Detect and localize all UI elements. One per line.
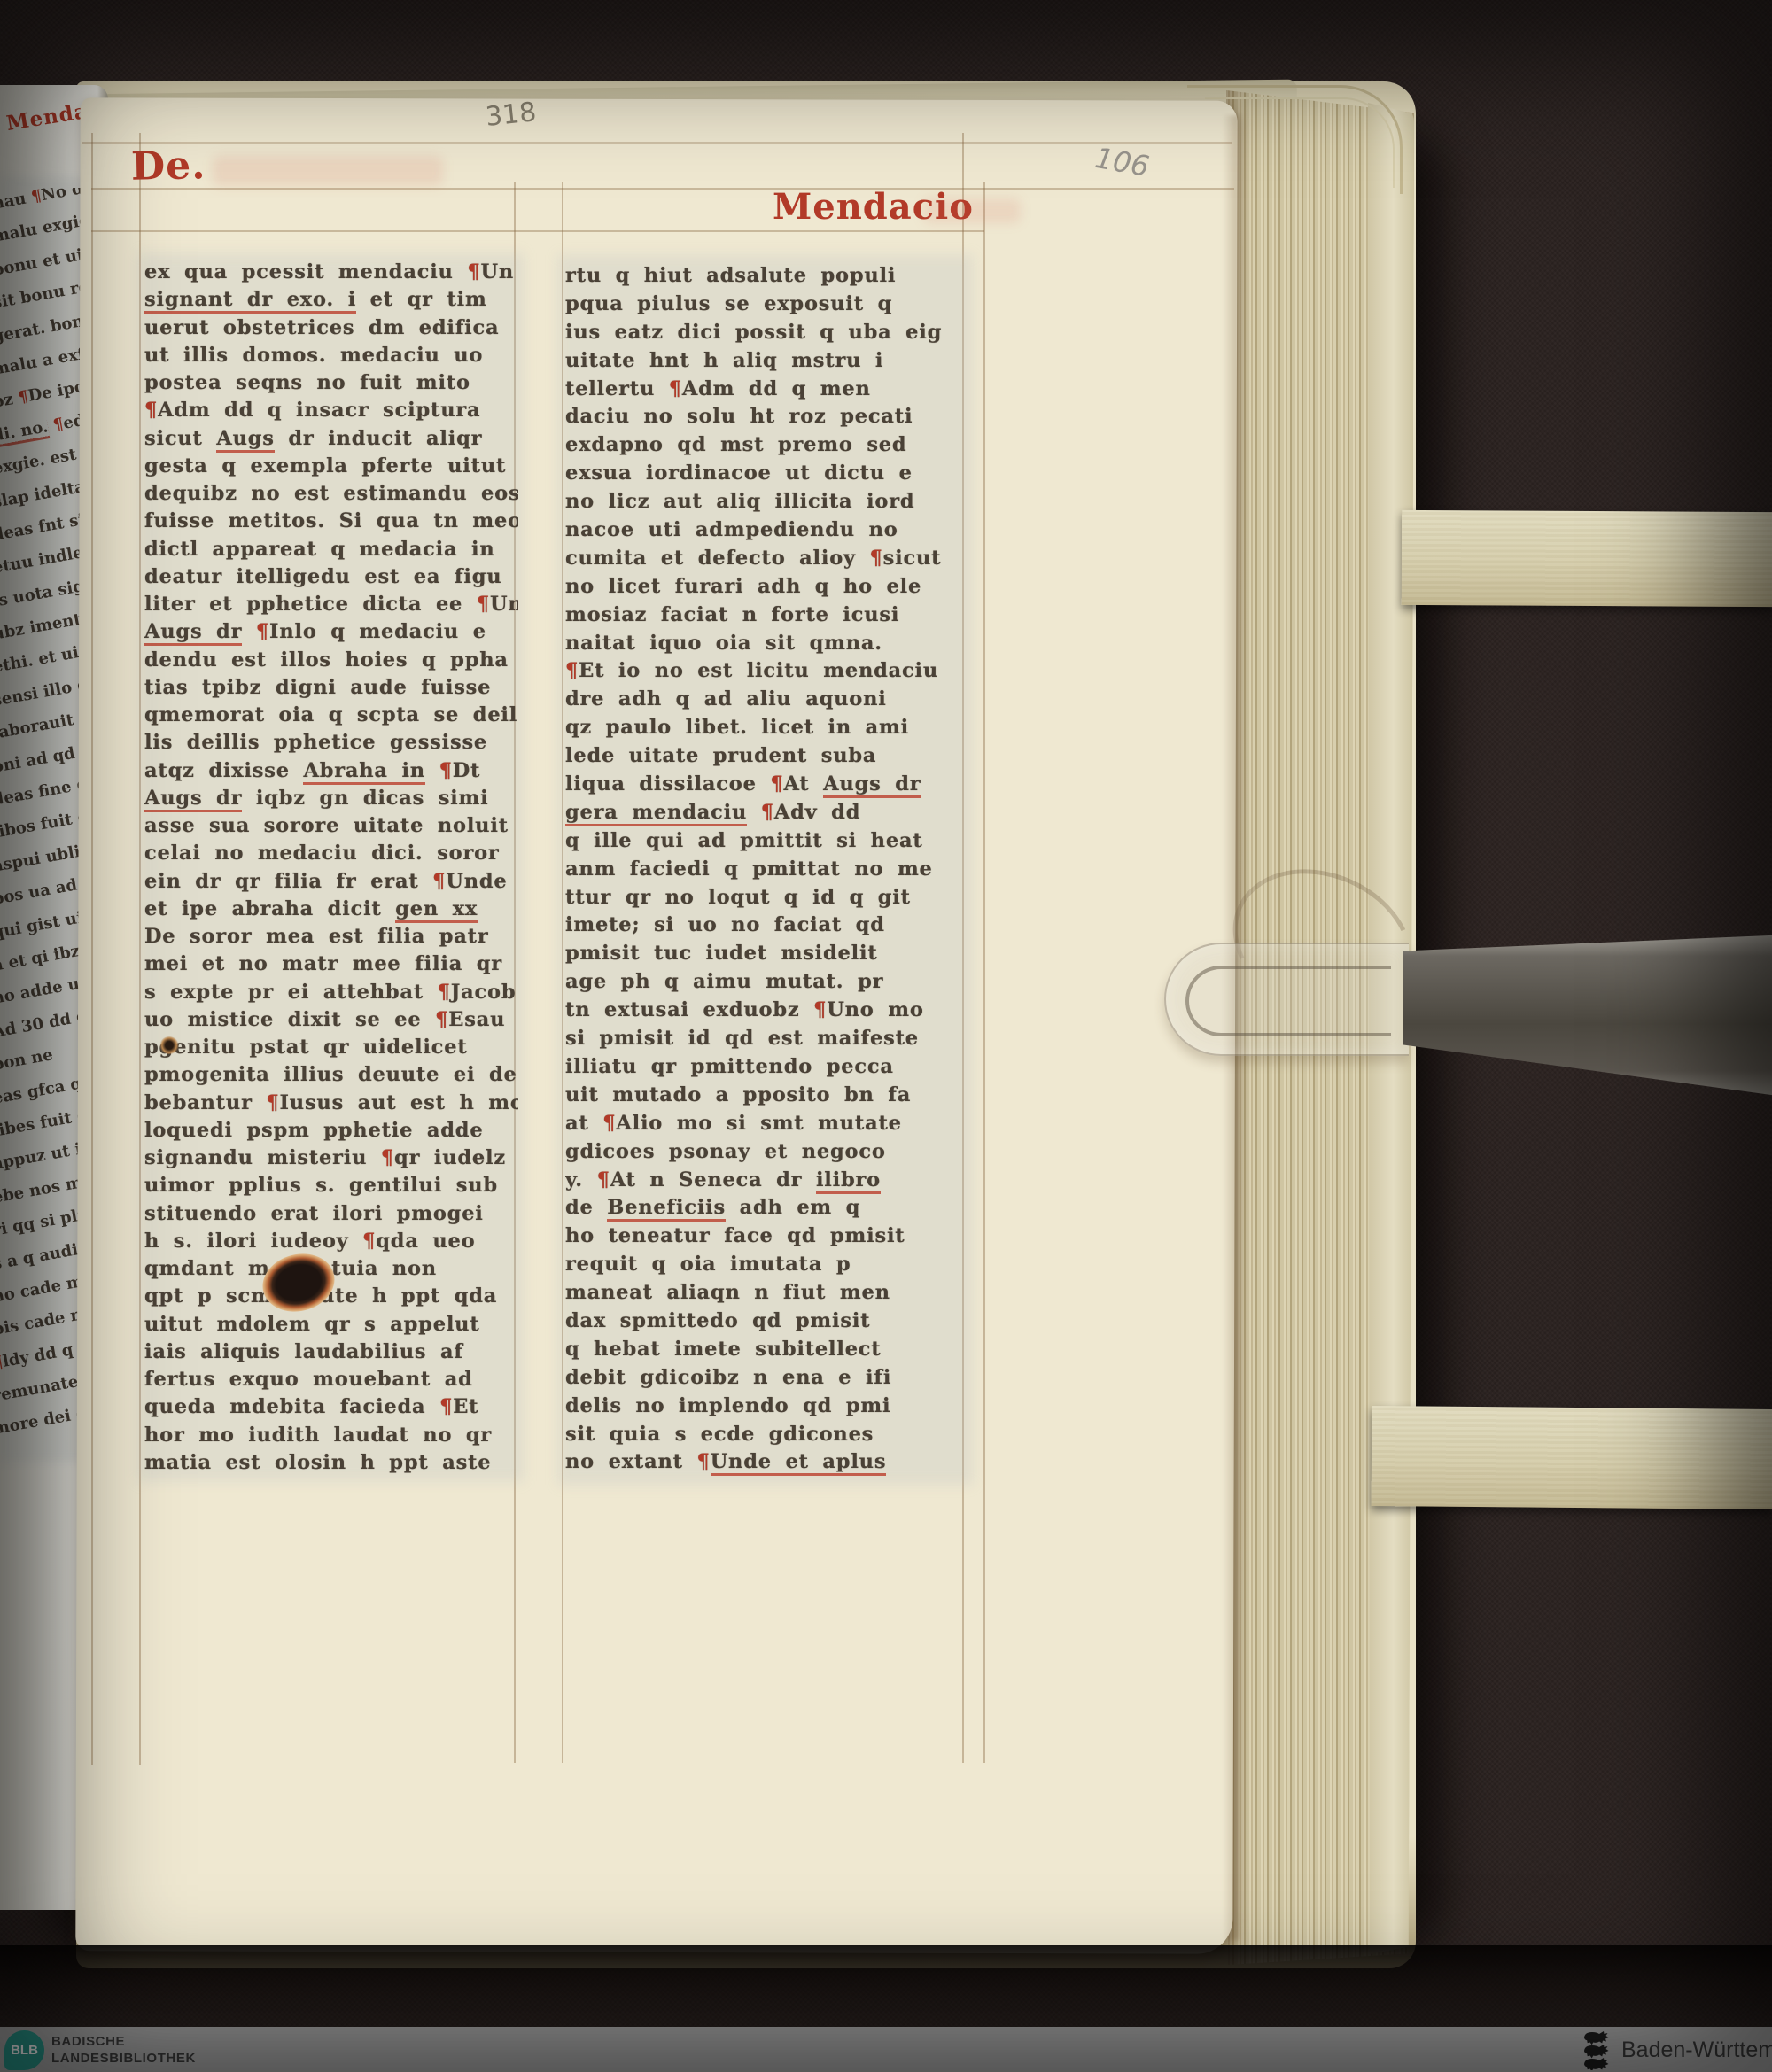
rubric-pilcrow: ¶ [432, 870, 446, 893]
manuscript-line: ttur qr no loqut q id q git [565, 884, 968, 912]
library-name: BADISCHE LANDESBIBLIOTHEK [51, 2033, 196, 2067]
rubric-pilcrow: ¶ [439, 759, 453, 782]
manuscript-line: fuisse metitos. Si qua tn meor [144, 508, 518, 535]
manuscript-line: no licet furari adh q ho ele [565, 573, 968, 601]
manuscript-line: no extant ¶Unde et aplus [565, 1448, 968, 1477]
blb-logo: BLB [4, 2030, 44, 2070]
manuscript-line: hor mo iudith laudat no qr [144, 1422, 518, 1449]
manuscript-line: dendu est illos hoies q ppha [144, 647, 518, 674]
rubric-pilcrow: ¶ [438, 981, 451, 1004]
manuscript-line: ein dr qr filia fr erat ¶Unde [144, 868, 518, 896]
manuscript-line: signandu misteriu ¶qr iudelz [144, 1145, 518, 1172]
manuscript-line: ho teneatur face qd pmisit [565, 1222, 968, 1251]
manuscript-line: lis deillis pphetice gessisse [144, 729, 518, 757]
manuscript-line: q hebat imete subitellect [565, 1336, 968, 1364]
manuscript-line: exsua iordinacoe ut dictu e [565, 460, 968, 488]
manuscript-line: Augs dr ¶Inlo q medaciu e [144, 618, 518, 646]
ruling-horizontal [91, 188, 1234, 190]
manuscript-line: stituendo erat ilori pmogei [144, 1200, 518, 1228]
digitized-manuscript-photo: Mendacio nau ¶No dd qmalu exgie nullobon… [0, 0, 1772, 2072]
manuscript-line: tellertu ¶Adm dd q men [565, 376, 968, 404]
text-column-1: ex qua pcessit mendaciu ¶Unsignant dr ex… [144, 259, 518, 1479]
rubric-pilcrow: ¶ [256, 620, 269, 643]
manuscript-line: anm faciedi q pmittat no me [565, 856, 968, 884]
manuscript-line: gesta q exempla pferte uitut [144, 453, 518, 480]
rubric-pilcrow: ¶ [770, 772, 783, 795]
manuscript-line: signant dr exo. i et qr tim [144, 286, 518, 314]
manuscript-line: at ¶Alio mo si smt mutate [565, 1110, 968, 1138]
footer-bar [0, 2027, 1772, 2072]
rubric-offset-smudge [923, 198, 1021, 223]
rubric-pilcrow: ¶ [17, 387, 30, 407]
rubric-offset-smudge [213, 156, 443, 186]
rubric-pilcrow: ¶ [144, 399, 158, 422]
library-name-line1: BADISCHE [51, 2033, 196, 2050]
rubric-pilcrow: ¶ [870, 547, 883, 570]
state-logo-group: Baden-Württemberg [1582, 2029, 1772, 2070]
rubric-pilcrow: ¶ [381, 1146, 394, 1169]
manuscript-line: qz paulo libet. licet in ami [565, 714, 968, 742]
manuscript-line: uo mistice dixit se ee ¶Esau [144, 1006, 518, 1034]
rubric-pilcrow: ¶ [266, 1091, 279, 1114]
manuscript-line: uitate hnt h aliq mstru i [565, 347, 968, 376]
manuscript-line: dequibz no est estimandu eos [144, 480, 518, 508]
manuscript-line: mosiaz faciat n forte icusi [565, 601, 968, 630]
page-weight-wire [1185, 966, 1391, 1036]
pencil-leaf-number: 318 [484, 97, 538, 133]
manuscript-line: et ipe abraha dicit gen xx [144, 896, 518, 923]
manuscript-line: y. ¶At n Seneca dr ilibro [565, 1167, 968, 1195]
library-name-line2: LANDESBIBLIOTHEK [51, 2050, 196, 2067]
manuscript-line: atqz dixisse Abraha in ¶Dt [144, 757, 518, 785]
manuscript-line: exdapno qd mst premo sed [565, 431, 968, 460]
manuscript-line: ut illis domos. medaciu uo [144, 342, 518, 369]
parchment-hole-small [159, 1036, 179, 1054]
manuscript-line: De soror mea est filia patr [144, 923, 518, 951]
manuscript-line: s expte pr ei attehbat ¶Jacob [144, 979, 518, 1006]
rubric-pilcrow: ¶ [565, 659, 579, 682]
cradle-strap-upper [1402, 510, 1772, 607]
rubric-pilcrow: ¶ [477, 593, 490, 616]
manuscript-line: qmemorat oia q scpta se deil [144, 702, 518, 729]
manuscript-line: celai no medaciu dici. soror [144, 840, 518, 867]
manuscript-line: sicut Augs dr inducit aliqr [144, 425, 518, 453]
manuscript-line: imete; si uo no faciat qd [565, 912, 968, 940]
ruling-horizontal [91, 230, 984, 232]
manuscript-line: daciu no solu ht roz pecati [565, 403, 968, 431]
manuscript-line: deatur itelligedu est ea figu [144, 563, 518, 591]
manuscript-line: nacoe uti admpediendu no [565, 516, 968, 545]
manuscript-line: cumita et defecto alioy ¶sicut [565, 545, 968, 573]
manuscript-line: lede uitate prudent suba [565, 742, 968, 771]
manuscript-line: loquedi pspm pphetie adde [144, 1117, 518, 1145]
manuscript-line: tias tpibz digni aude fuisse [144, 674, 518, 702]
rubric-pilcrow: ¶ [362, 1230, 376, 1253]
manuscript-line: ex qua pcessit mendaciu ¶Un [144, 259, 518, 286]
manuscript-line: dictl appareat q medacia in [144, 536, 518, 563]
rubric-pilcrow: ¶ [761, 801, 774, 824]
manuscript-line: asse sua sorore uitate noluit [144, 812, 518, 840]
manuscript-line: bebantur ¶Iusus aut est h mo [144, 1090, 518, 1117]
rubric-pilcrow: ¶ [439, 1395, 453, 1418]
manuscript-line: Augs dr iqbz gn dicas simi [144, 785, 518, 812]
rubric-pilcrow: ¶ [813, 998, 827, 1021]
manuscript-line: pmogenita illius deuute ei de [144, 1061, 518, 1089]
manuscript-line: dax spmittedo qd pmisit [565, 1308, 968, 1336]
manuscript-line: q ille qui ad pmittit si heat [565, 827, 968, 856]
manuscript-line: matia est olosin h ppt aste [144, 1449, 518, 1477]
manuscript-line: gdicoes psonay et negoco [565, 1138, 968, 1167]
manuscript-line: sit quia s ecde gdicones [565, 1421, 968, 1449]
rubric-pilcrow: ¶ [597, 1168, 610, 1191]
manuscript-line: uit mutado a pposito bn fa [565, 1082, 968, 1110]
rubric-pilcrow: ¶ [0, 1353, 4, 1373]
manuscript-line: h s. ilori iudeoy ¶qda ueo [144, 1228, 518, 1255]
manuscript-line: pqua piulus se exposuit q [565, 291, 968, 319]
manuscript-line: mei et no matr mee filia qr [144, 951, 518, 978]
manuscript-line: ¶Adm dd q insacr sciptura [144, 397, 518, 424]
three-lions-coat-of-arms-icon [1582, 2029, 1613, 2070]
manuscript-line: naitat iquo oia sit qmna. [565, 630, 968, 658]
rubric-pilcrow: ¶ [435, 1008, 448, 1031]
ruling-vertical [91, 133, 93, 1765]
manuscript-line: uerut obstetrices dm edifica [144, 314, 518, 342]
manuscript-line: rtu q hiut adsalute populi [565, 262, 968, 291]
state-name: Baden-Württemberg [1621, 2037, 1772, 2063]
bottom-shadow [0, 1945, 1772, 2030]
manuscript-line: ¶Et io no est licitu mendaciu [565, 657, 968, 686]
manuscript-line: ius eatz dici possit q uba eig [565, 319, 968, 347]
text-column-2: rtu q hiut adsalute populipqua piulus se… [565, 262, 968, 1481]
manuscript-line: pgenitu pstat qr uidelicet [144, 1034, 518, 1061]
manuscript-line: iais aliquis laudabilius af [144, 1339, 518, 1366]
rubric-pilcrow: ¶ [30, 188, 43, 206]
manuscript-line: postea seqns no fuit mito [144, 369, 518, 397]
manuscript-line: queda mdebita facieda ¶Et [144, 1393, 518, 1421]
manuscript-line: de Beneficiis adh em q [565, 1194, 968, 1222]
manuscript-line: dre adh q ad aliu aquoni [565, 686, 968, 714]
manuscript-line: gera mendaciu ¶Adv dd [565, 799, 968, 827]
manuscript-line: requit q oia imutata p [565, 1251, 968, 1279]
manuscript-line: uitut mdolem qr s appelut [144, 1311, 518, 1339]
manuscript-line: si pmisit id qd est maifeste [565, 1025, 968, 1053]
rubric-pilcrow: ¶ [602, 1112, 616, 1135]
manuscript-line: delis no implendo qd pmi [565, 1393, 968, 1421]
rubric-pilcrow: ¶ [669, 377, 682, 400]
manuscript-line: illiatu qr pmittendo pecca [565, 1053, 968, 1082]
page-weight-strip [1403, 928, 1772, 1102]
ruling-vertical [983, 182, 985, 1763]
manuscript-line: liqua dissilacoe ¶At Augs dr [565, 771, 968, 799]
manuscript-line: liter et pphetice dicta ee ¶Un [144, 591, 518, 618]
rubric-pilcrow: ¶ [51, 415, 65, 435]
manuscript-line: uimor pplius s. gentilui sub [144, 1172, 518, 1199]
rubric-pilcrow: ¶ [467, 260, 480, 283]
manuscript-line: age ph q aimu mutat. pr [565, 968, 968, 997]
cradle-strap-lower [1372, 1406, 1772, 1509]
ruling-horizontal [82, 142, 1232, 144]
blb-logo-text: BLB [11, 2043, 38, 2058]
manuscript-line: no licz aut aliq illicita iord [565, 488, 968, 516]
running-title-left: De. [131, 143, 206, 189]
manuscript-line: fertus exquo mouebant ad [144, 1366, 518, 1393]
manuscript-line: pmisit tuc iudet msidelit [565, 940, 968, 968]
manuscript-line: tn extusai exduobz ¶Uno mo [565, 997, 968, 1025]
manuscript-line: maneat aliaqn n fiut men [565, 1279, 968, 1308]
manuscript-line: debit gdicoibz n ena e ifi [565, 1364, 968, 1393]
rubric-pilcrow: ¶ [697, 1450, 711, 1473]
